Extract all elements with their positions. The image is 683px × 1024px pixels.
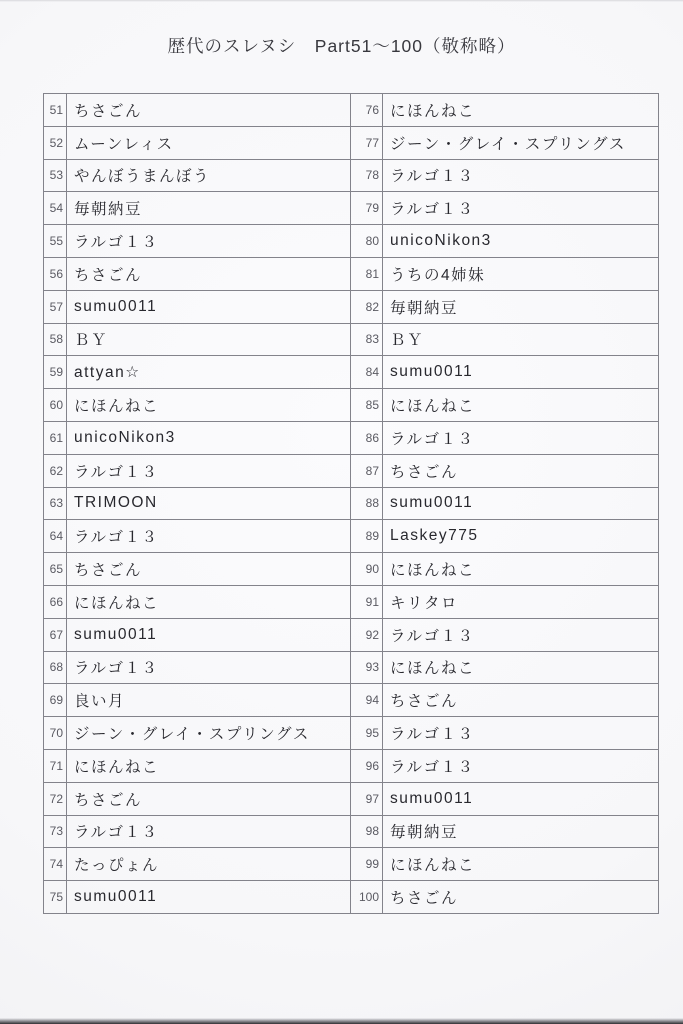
row-number-cell: 90 (351, 553, 383, 586)
row-number-cell: 77 (351, 126, 383, 159)
row-number-cell: 63 (44, 487, 67, 520)
owner-name-cell: ラルゴ１３ (383, 717, 659, 750)
table-row: 66にほんねこ91キリタロ (44, 585, 659, 618)
table-row: 74たっぴょん99にほんねこ (44, 848, 659, 881)
owner-name-cell: ちさごん (67, 553, 351, 586)
table-row: 65ちさごん90にほんねこ (44, 553, 659, 586)
table-row: 56ちさごん81うちの4姉妹 (44, 257, 659, 290)
table-body: 51ちさごん76にほんねこ52ムーンレィス77ジーン・グレイ・スプリングス53や… (44, 94, 659, 914)
owner-name-cell: 毎朝納豆 (67, 192, 351, 225)
row-number-cell: 51 (44, 94, 67, 127)
row-number-cell: 76 (351, 94, 383, 127)
table-row: 62ラルゴ１３87ちさごん (44, 454, 659, 487)
row-number-cell: 69 (44, 684, 67, 717)
owner-name-cell: ムーンレィス (67, 126, 351, 159)
owner-name-cell: sumu0011 (67, 290, 351, 323)
owner-name-cell: にほんねこ (383, 848, 659, 881)
owner-name-cell: ラルゴ１３ (383, 159, 659, 192)
table-row: 52ムーンレィス77ジーン・グレイ・スプリングス (44, 126, 659, 159)
row-number-cell: 59 (44, 356, 67, 389)
row-number-cell: 55 (44, 225, 67, 258)
owner-name-cell: にほんねこ (383, 553, 659, 586)
table-row: 55ラルゴ１３80unicoNikon3 (44, 225, 659, 258)
owner-name-cell: ジーン・グレイ・スプリングス (383, 126, 659, 159)
row-number-cell: 53 (44, 159, 67, 192)
table-row: 61unicoNikon386ラルゴ１３ (44, 421, 659, 454)
row-number-cell: 65 (44, 553, 67, 586)
row-number-cell: 70 (44, 717, 67, 750)
owner-name-cell: ラルゴ１３ (67, 454, 351, 487)
owner-name-cell: ラルゴ１３ (67, 815, 351, 848)
row-number-cell: 89 (351, 520, 383, 553)
row-number-cell: 67 (44, 618, 67, 651)
table-row: 67sumu001192ラルゴ１３ (44, 618, 659, 651)
row-number-cell: 84 (351, 356, 383, 389)
table-row: 68ラルゴ１３93にほんねこ (44, 651, 659, 684)
table-row: 58ＢＹ83ＢＹ (44, 323, 659, 356)
owner-name-cell: にほんねこ (67, 585, 351, 618)
owner-name-cell: ラルゴ１３ (67, 225, 351, 258)
owner-name-cell: ちさごん (383, 881, 659, 914)
owner-name-cell: ちさごん (383, 684, 659, 717)
page-title: 歴代のスレヌシ Part51～100（敬称略） (0, 33, 683, 58)
table-row: 53やんぼうまんぼう78ラルゴ１３ (44, 159, 659, 192)
row-number-cell: 60 (44, 389, 67, 422)
owner-name-cell: にほんねこ (383, 94, 659, 127)
row-number-cell: 86 (351, 421, 383, 454)
owner-name-cell: ちさごん (67, 257, 351, 290)
row-number-cell: 61 (44, 421, 67, 454)
table-row: 73ラルゴ１３98毎朝納豆 (44, 815, 659, 848)
row-number-cell: 71 (44, 749, 67, 782)
row-number-cell: 54 (44, 192, 67, 225)
photo-bottom-edge (0, 1018, 683, 1024)
row-number-cell: 82 (351, 290, 383, 323)
thread-owners-table: 51ちさごん76にほんねこ52ムーンレィス77ジーン・グレイ・スプリングス53や… (43, 93, 659, 914)
row-number-cell: 98 (351, 815, 383, 848)
row-number-cell: 94 (351, 684, 383, 717)
owner-name-cell: sumu0011 (383, 356, 659, 389)
photo-top-edge (0, 0, 683, 2)
table-row: 60にほんねこ85にほんねこ (44, 389, 659, 422)
document-photo: 歴代のスレヌシ Part51～100（敬称略） 51ちさごん76にほんねこ52ム… (0, 0, 683, 1024)
row-number-cell: 73 (44, 815, 67, 848)
owner-name-cell: ラルゴ１３ (383, 421, 659, 454)
table-row: 69良い月94ちさごん (44, 684, 659, 717)
row-number-cell: 95 (351, 717, 383, 750)
owner-name-cell: ラルゴ１３ (67, 651, 351, 684)
owner-name-cell: うちの4姉妹 (383, 257, 659, 290)
row-number-cell: 100 (351, 881, 383, 914)
row-number-cell: 52 (44, 126, 67, 159)
owner-name-cell: ラルゴ１３ (383, 618, 659, 651)
row-number-cell: 58 (44, 323, 67, 356)
table-row: 75sumu0011100ちさごん (44, 881, 659, 914)
owner-name-cell: ラルゴ１３ (383, 192, 659, 225)
row-number-cell: 83 (351, 323, 383, 356)
owner-name-cell: ＢＹ (383, 323, 659, 356)
row-number-cell: 66 (44, 585, 67, 618)
owner-name-cell: ちさごん (383, 454, 659, 487)
table-row: 51ちさごん76にほんねこ (44, 94, 659, 127)
owner-name-cell: キリタロ (383, 585, 659, 618)
owner-name-cell: unicoNikon3 (67, 421, 351, 454)
owner-name-cell: にほんねこ (67, 749, 351, 782)
row-number-cell: 88 (351, 487, 383, 520)
row-number-cell: 80 (351, 225, 383, 258)
owner-name-cell: にほんねこ (383, 389, 659, 422)
owner-name-cell: ちさごん (67, 94, 351, 127)
table-row: 59attyan☆84sumu0011 (44, 356, 659, 389)
row-number-cell: 64 (44, 520, 67, 553)
row-number-cell: 91 (351, 585, 383, 618)
table-row: 64ラルゴ１３89Laskey775 (44, 520, 659, 553)
row-number-cell: 99 (351, 848, 383, 881)
owner-name-cell: にほんねこ (67, 389, 351, 422)
owner-name-cell: 毎朝納豆 (383, 290, 659, 323)
row-number-cell: 57 (44, 290, 67, 323)
owner-name-cell: 良い月 (67, 684, 351, 717)
owner-name-cell: TRIMOON (67, 487, 351, 520)
row-number-cell: 62 (44, 454, 67, 487)
row-number-cell: 93 (351, 651, 383, 684)
owner-name-cell: ラルゴ１３ (383, 749, 659, 782)
owner-name-cell: にほんねこ (383, 651, 659, 684)
owner-name-cell: unicoNikon3 (383, 225, 659, 258)
owner-name-cell: ＢＹ (67, 323, 351, 356)
owner-name-cell: たっぴょん (67, 848, 351, 881)
row-number-cell: 85 (351, 389, 383, 422)
table-row: 72ちさごん97sumu0011 (44, 782, 659, 815)
row-number-cell: 87 (351, 454, 383, 487)
owner-name-cell: sumu0011 (67, 881, 351, 914)
table-row: 71にほんねこ96ラルゴ１３ (44, 749, 659, 782)
row-number-cell: 92 (351, 618, 383, 651)
table-row: 57sumu001182毎朝納豆 (44, 290, 659, 323)
row-number-cell: 74 (44, 848, 67, 881)
row-number-cell: 56 (44, 257, 67, 290)
owner-name-cell: attyan☆ (67, 356, 351, 389)
owner-name-cell: ちさごん (67, 782, 351, 815)
owner-name-cell: Laskey775 (383, 520, 659, 553)
row-number-cell: 72 (44, 782, 67, 815)
row-number-cell: 81 (351, 257, 383, 290)
row-number-cell: 97 (351, 782, 383, 815)
owner-name-cell: ジーン・グレイ・スプリングス (67, 717, 351, 750)
owner-name-cell: sumu0011 (383, 487, 659, 520)
row-number-cell: 68 (44, 651, 67, 684)
table-row: 63TRIMOON88sumu0011 (44, 487, 659, 520)
owner-name-cell: やんぼうまんぼう (67, 159, 351, 192)
owner-name-cell: sumu0011 (67, 618, 351, 651)
owner-name-cell: 毎朝納豆 (383, 815, 659, 848)
row-number-cell: 96 (351, 749, 383, 782)
row-number-cell: 75 (44, 881, 67, 914)
table-row: 54毎朝納豆79ラルゴ１３ (44, 192, 659, 225)
row-number-cell: 79 (351, 192, 383, 225)
table-row: 70ジーン・グレイ・スプリングス95ラルゴ１３ (44, 717, 659, 750)
owner-name-cell: ラルゴ１３ (67, 520, 351, 553)
owner-name-cell: sumu0011 (383, 782, 659, 815)
row-number-cell: 78 (351, 159, 383, 192)
